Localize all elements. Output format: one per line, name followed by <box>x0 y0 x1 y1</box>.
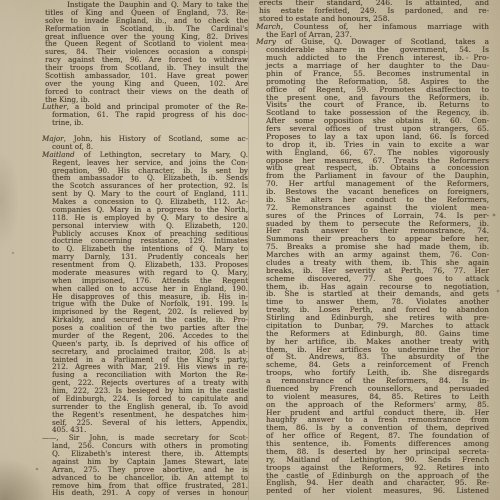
text-line: His death, 291. A copy of verses in hono… <box>42 489 248 497</box>
index-entry-continuation: Instigate the Dauphin and Q. Mary to tak… <box>42 1 248 103</box>
index-column-left: Instigate the Dauphin and Q. Mary to tak… <box>42 1 248 497</box>
index-entry-continuation: erects their standard, 246. Is attainted… <box>256 0 489 23</box>
text-line: pented of her violent measures, 96. List… <box>256 487 489 495</box>
index-entry: Maitland of Lethington, secretary to Mar… <box>42 151 248 435</box>
index-entry: Mary of Guise, Q. Dowager of Scotland, t… <box>256 38 489 495</box>
column-divider-rule <box>248 0 249 500</box>
index-entry: March, Countess of, her infamous marriag… <box>256 23 489 39</box>
index-entry: Major, John, his History of Scotland, so… <box>42 135 248 151</box>
paper-specks <box>0 0 2 2</box>
index-column-right: erects their standard, 246. Is attainted… <box>256 0 489 495</box>
book-page-scan: Instigate the Dauphin and Q. Mary to tak… <box>0 0 500 500</box>
index-entry-continuation: ——, Sir John, is made secretary for Scot… <box>42 434 248 497</box>
index-entry: Luther, a bold and principal promoter of… <box>42 103 248 127</box>
text-line: trine, ib. <box>42 119 248 127</box>
